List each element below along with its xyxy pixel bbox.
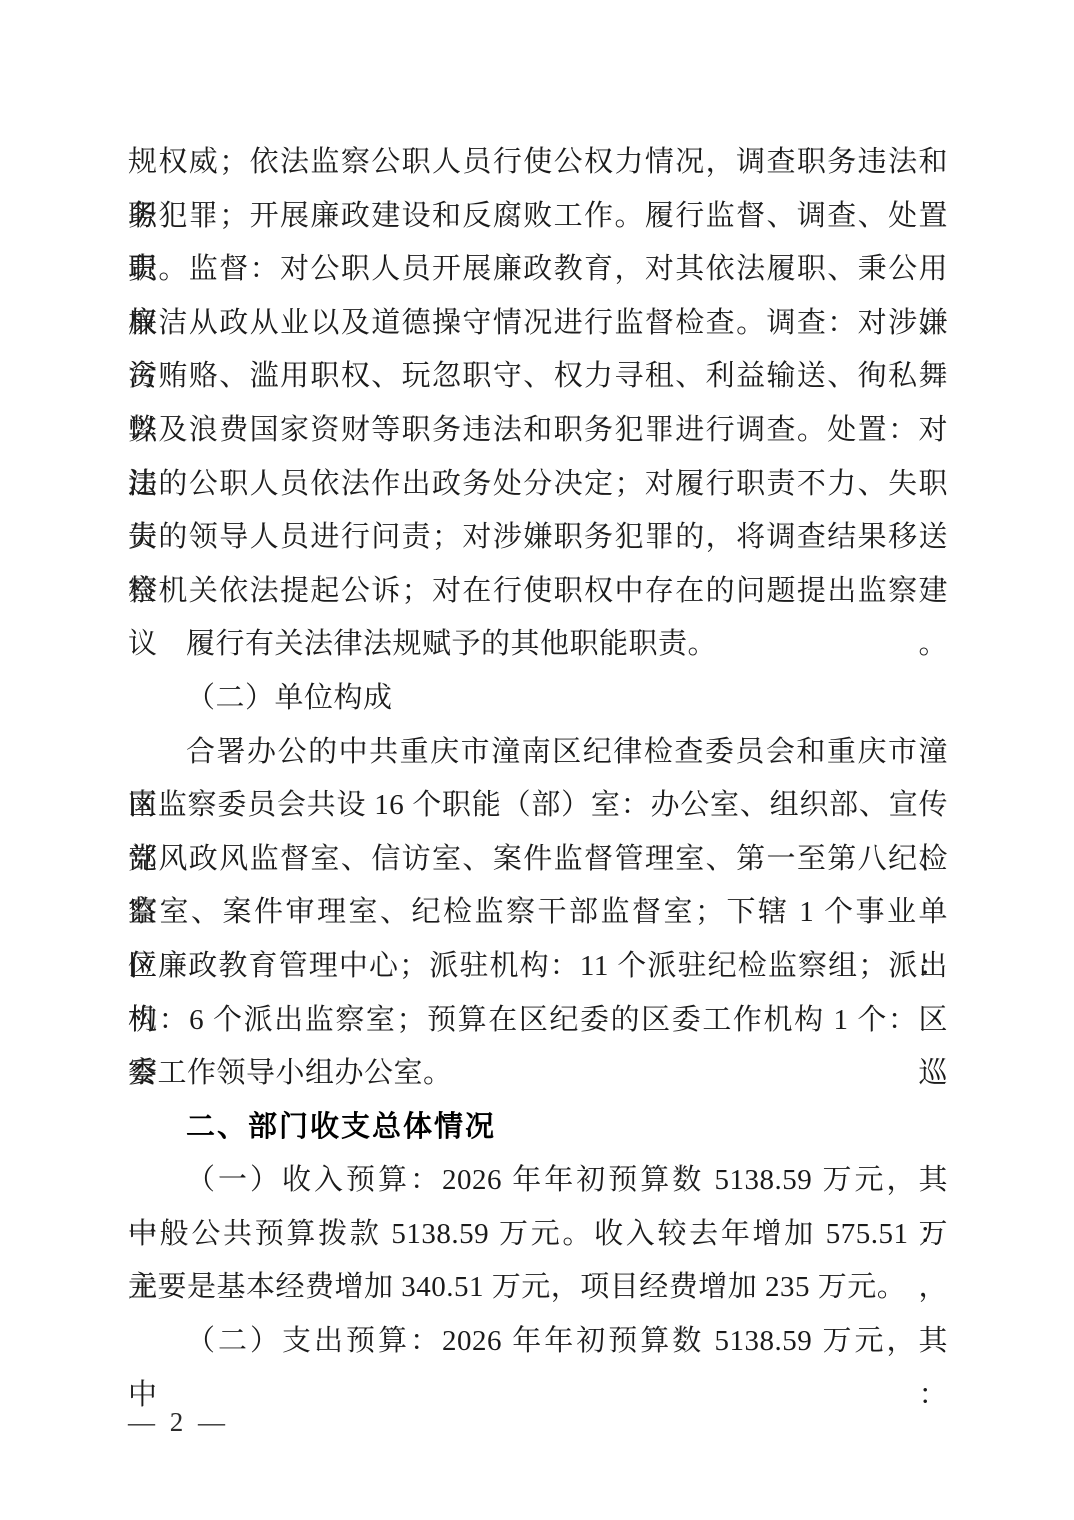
unit-composition-paragraph-line-5: 区廉政教育管理中心；派驻机构：11 个派驻纪检监察组；派出机 (128, 940, 948, 994)
unit-composition-paragraph-line-4: 察室、案件审理室、纪检监察干部监督室；下辖 1 个事业单位： (128, 886, 948, 940)
duties-continued-paragraph-line-8: 责的领导人员进行问责；对涉嫌职务犯罪的，将调查结果移送检 (128, 511, 948, 565)
unit-composition-paragraph-line-1: 合署办公的中共重庆市潼南区纪律检查委员会和重庆市潼南 (128, 726, 948, 780)
duties-continued-paragraph-line-2: 务犯罪；开展廉政建设和反腐败工作。履行监督、调查、处置职 (128, 190, 948, 244)
document-body: 规权威；依法监察公职人员行使公权力情况，调查职务违法和职务犯罪；开展廉政建设和反… (128, 136, 948, 1369)
expenditure-budget-paragraph-line-1: （二）支出预算：2026 年年初预算数 5138.59 万元，其中： (128, 1315, 948, 1369)
page-number-footer: — 2 — (128, 1406, 229, 1438)
income-budget-paragraph-line-1: （一）收入预算：2026 年年初预算数 5138.59 万元，其中： (128, 1154, 948, 1208)
income-budget-paragraph-line-2: 一般公共预算拨款 5138.59 万元。收入较去年增加 575.51 万元， (128, 1208, 948, 1262)
duties-continued-paragraph-line-3: 责。监督：对公职人员开展廉政教育，对其依法履职、秉公用权、 (128, 243, 948, 297)
document-page: 规权威；依法监察公职人员行使公权力情况，调查职务违法和职务犯罪；开展廉政建设和反… (0, 0, 1074, 1520)
unit-composition-paragraph-line-6: 构：6 个派出监察室；预算在区纪委的区委工作机构 1 个：区委巡 (128, 994, 948, 1048)
duties-continued-paragraph-line-6: 以及浪费国家资财等职务违法和职务犯罪进行调查。处置：对违 (128, 404, 948, 458)
duties-continued-paragraph-line-1: 规权威；依法监察公职人员行使公权力情况，调查职务违法和职 (128, 136, 948, 190)
duties-continued-paragraph-line-7: 法的公职人员依法作出政务处分决定；对履行职责不力、失职失 (128, 458, 948, 512)
section-2-heading-line-1: 二、部门收支总体情况 (128, 1101, 948, 1155)
duties-continued-paragraph-line-9: 察机关依法提起公诉；对在行使职权中存在的问题提出监察建议。 (128, 565, 948, 619)
unit-composition-paragraph-line-3: 党风政风监督室、信访室、案件监督管理室、第一至第八纪检监 (128, 833, 948, 887)
income-budget-paragraph-line-3: 主要是基本经费增加 340.51 万元，项目经费增加 235 万元。 (128, 1261, 948, 1315)
duties-continued-paragraph-line-4: 廉洁从政从业以及道德操守情况进行监督检查。调查：对涉嫌贪 (128, 297, 948, 351)
section-1-2-subheading-line-1: （二）单位构成 (128, 672, 948, 726)
duties-continued-paragraph-line-5: 污贿赂、滥用职权、玩忽职守、权力寻租、利益输送、徇私舞弊 (128, 350, 948, 404)
unit-composition-paragraph-line-2: 区监察委员会共设 16 个职能（部）室：办公室、组织部、宣传部、 (128, 779, 948, 833)
